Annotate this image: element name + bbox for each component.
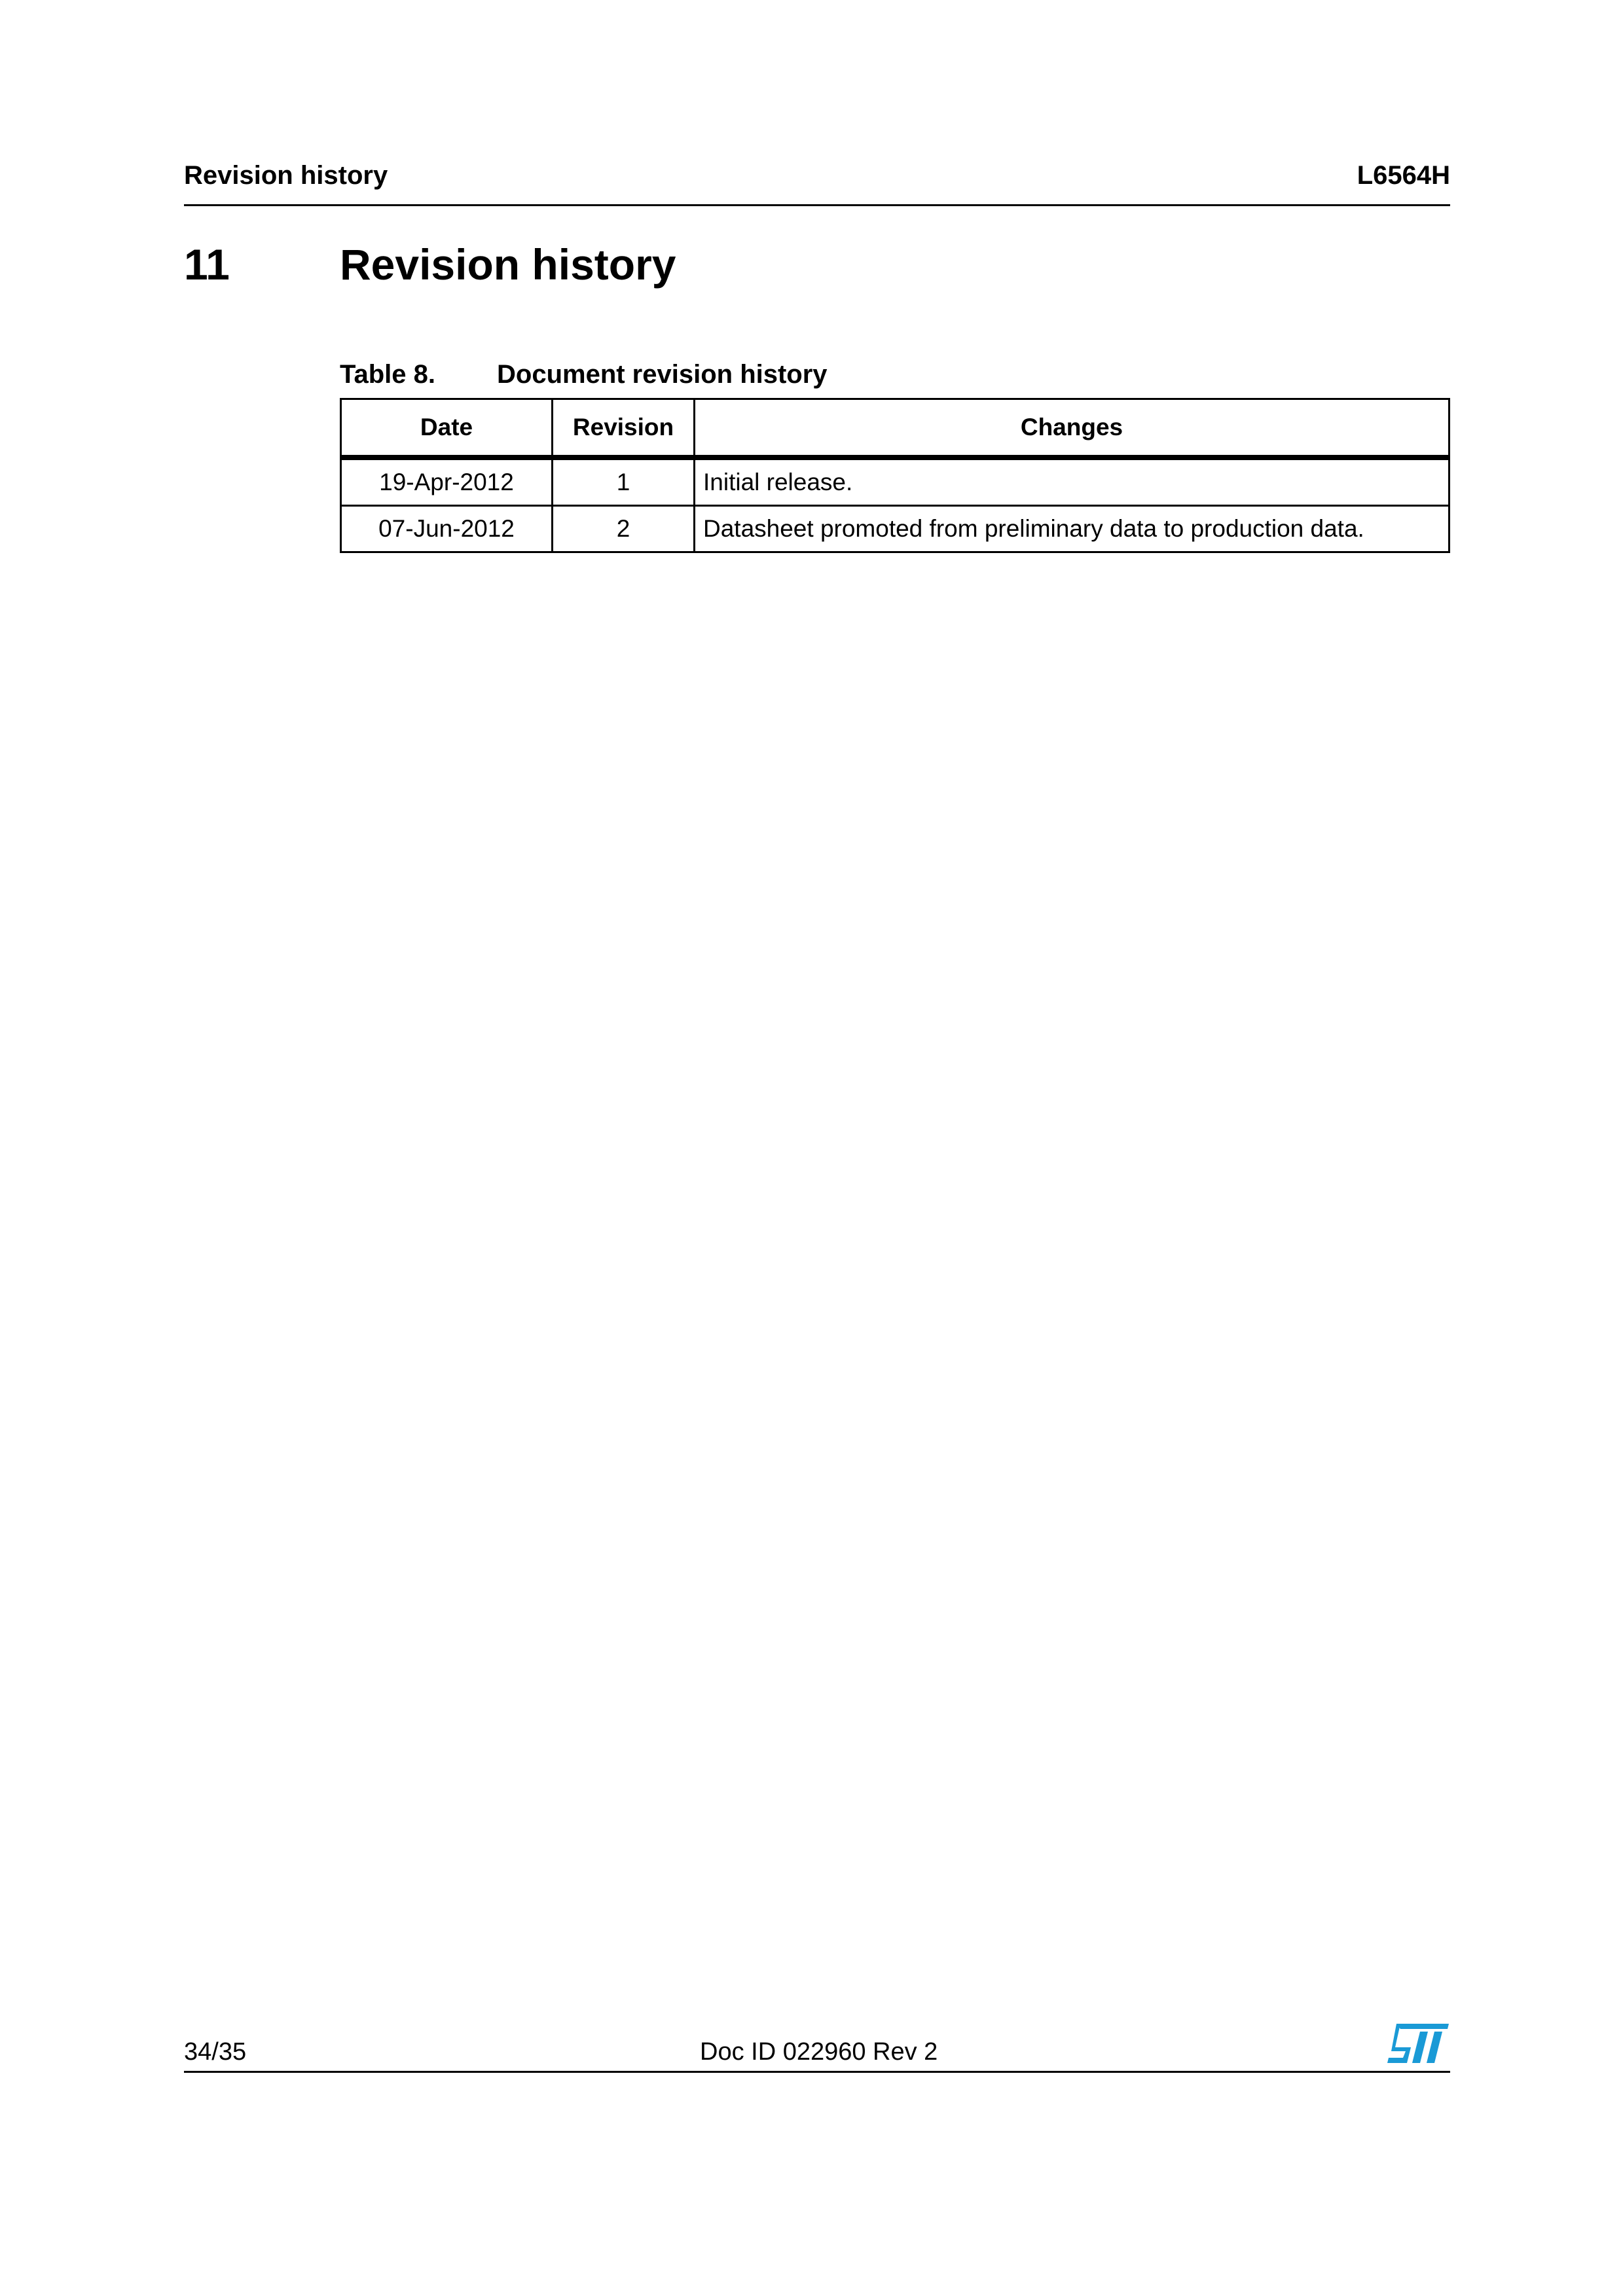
column-header-revision: Revision (553, 399, 695, 458)
page-header: Revision history L6564H (184, 157, 1450, 206)
table-row: 19-Apr-2012 1 Initial release. (341, 457, 1450, 506)
cell-date: 19-Apr-2012 (341, 457, 553, 506)
table-caption-title: Document revision history (497, 360, 828, 389)
cell-revision: 2 (553, 506, 695, 552)
section-title: Revision history (340, 240, 676, 289)
column-header-changes: Changes (695, 399, 1450, 458)
table-row: 07-Jun-2012 2 Datasheet promoted from pr… (341, 506, 1450, 552)
table-header-row: Date Revision Changes (341, 399, 1450, 458)
st-logo-icon (1387, 2021, 1450, 2064)
revision-history-table: Date Revision Changes 19-Apr-2012 1 Init… (340, 398, 1450, 553)
page-number: 34/35 (184, 2038, 246, 2066)
section-number: 11 (184, 240, 230, 289)
doc-id: Doc ID 022960 Rev 2 (700, 2038, 938, 2066)
header-section-title: Revision history (184, 161, 388, 190)
cell-changes: Initial release. (695, 457, 1450, 506)
header-part-number: L6564H (1357, 161, 1450, 190)
cell-date: 07-Jun-2012 (341, 506, 553, 552)
cell-changes: Datasheet promoted from preliminary data… (695, 506, 1450, 552)
table-caption-number: Table 8. (340, 360, 497, 389)
table-caption: Table 8.Document revision history (340, 360, 828, 389)
page-footer: 34/35 Doc ID 022960 Rev 2 (184, 2029, 1450, 2073)
column-header-date: Date (341, 399, 553, 458)
cell-revision: 1 (553, 457, 695, 506)
